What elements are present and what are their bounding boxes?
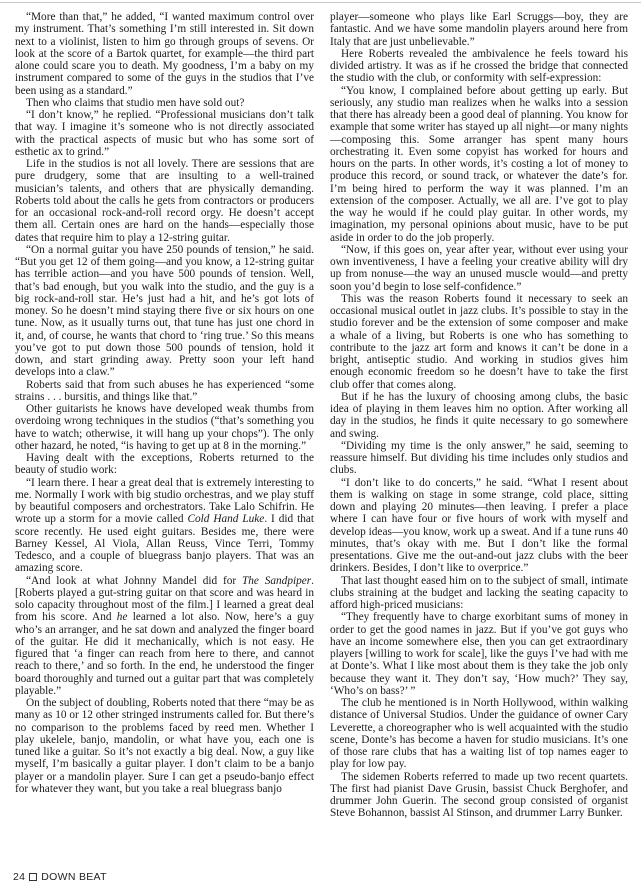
paragraph: “You know, I complained before about get…: [330, 85, 628, 244]
paragraph: That last thought eased him on to the su…: [330, 575, 628, 612]
box-icon: [29, 873, 37, 881]
film-title: The Sandpiper: [242, 575, 311, 587]
paragraph: “Now, if this goes on, year after year, …: [330, 244, 628, 293]
publication-name: DOWN BEAT: [41, 871, 107, 883]
film-title: Cold Hand Luke: [187, 513, 264, 525]
paragraph: “Dividing my time is the only answer,” h…: [330, 440, 628, 477]
paragraph: “On a normal guitar you have 250 pounds …: [15, 244, 314, 379]
paragraph: “I don’t like to do concerts,” he said. …: [330, 477, 628, 575]
paragraph-continued: player—someone who plays like Earl Scrug…: [330, 11, 628, 48]
paragraph: Life in the studios is not all lovely. T…: [15, 158, 314, 244]
paragraph: The sidemen Roberts referred to made up …: [330, 771, 628, 820]
paragraph: On the subject of doubling, Roberts note…: [15, 697, 314, 795]
paragraph: “They frequently have to charge exorbita…: [330, 611, 628, 697]
paragraph-text: learned a lot also. Now, here’s a guy wh…: [15, 611, 314, 697]
paragraph: The club he mentioned is in North Hollyw…: [330, 697, 628, 771]
page-footer: 24 DOWN BEAT: [13, 871, 107, 883]
paragraph: “I don’t know,” he replied. “Professiona…: [15, 109, 314, 158]
paragraph-text: “And look at what Johnny Mandel did for: [26, 575, 242, 587]
paragraph: “More than that,” he added, “I wanted ma…: [15, 11, 314, 97]
paragraph: Here Roberts revealed the ambivalence he…: [330, 48, 628, 85]
top-rule: [0, 2, 641, 3]
article-column-right: player—someone who plays like Earl Scrug…: [330, 11, 628, 820]
paragraph: Then who claims that studio men have sol…: [15, 97, 314, 109]
paragraph: Roberts said that from such abuses he ha…: [15, 379, 314, 404]
emphasis: he: [117, 611, 128, 623]
page-number: 24: [13, 871, 25, 883]
paragraph: Other guitarists he knows have developed…: [15, 403, 314, 452]
paragraph: “I learn there. I hear a great deal that…: [15, 477, 314, 575]
paragraph: This was the reason Roberts found it nec…: [330, 293, 628, 391]
paragraph: Having dealt with the exceptions, Robert…: [15, 452, 314, 477]
paragraph: But if he has the luxury of choosing amo…: [330, 391, 628, 440]
article-column-left: “More than that,” he added, “I wanted ma…: [15, 11, 314, 795]
paragraph: “And look at what Johnny Mandel did for …: [15, 575, 314, 698]
